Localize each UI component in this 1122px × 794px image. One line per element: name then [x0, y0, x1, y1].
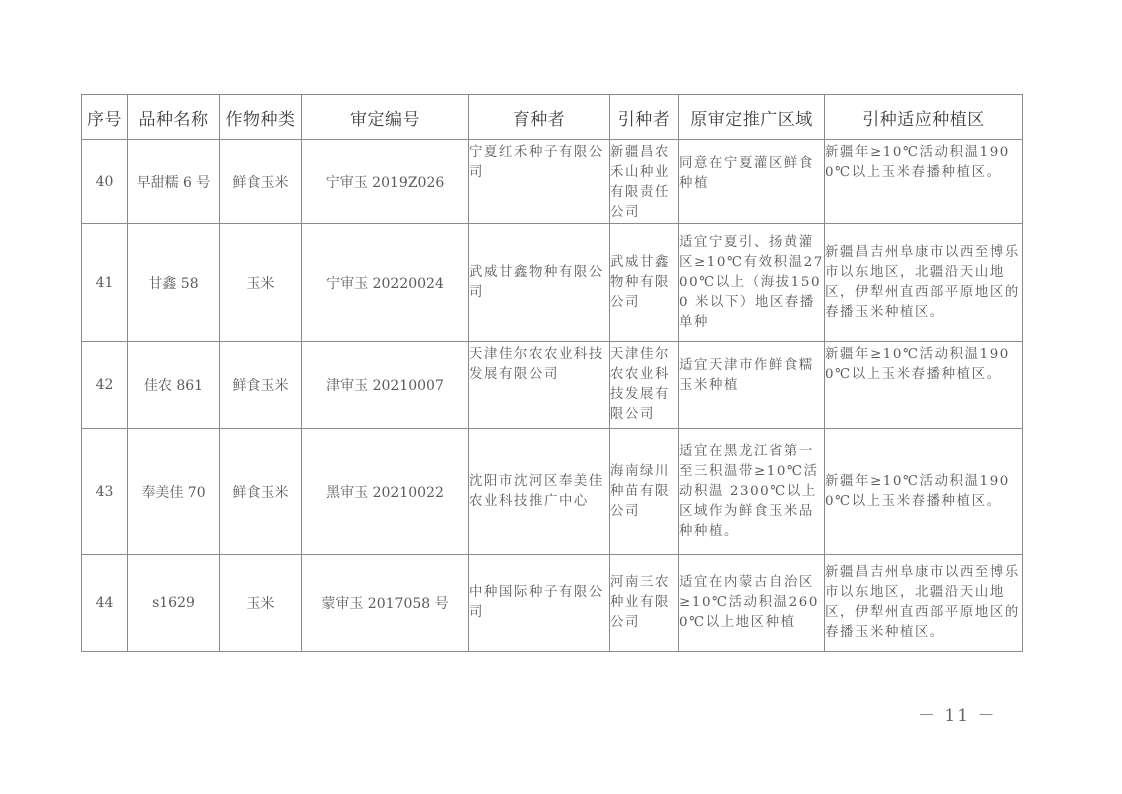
cell-variety-name: 甘鑫 58	[128, 224, 220, 342]
table-header-row: 序号 品种名称 作物种类 审定编号 育种者 引种者 原审定推广区域 引种适应种植…	[82, 95, 1023, 140]
cell-approval-no: 津审玉 20210007	[302, 342, 469, 429]
cell-introducer: 武威甘鑫物种有限公司	[610, 224, 679, 342]
header-approval-no: 审定编号	[302, 95, 469, 140]
cell-original-region: 同意在宁夏灌区鲜食种植	[679, 140, 825, 224]
cell-adapted-region: 新疆昌吉州阜康市以西至博乐市以东地区，北疆沿天山地区，伊犁州直西部平原地区的春播…	[825, 555, 1023, 652]
cell-breeder: 天津佳尔农农业科技发展有限公司	[469, 342, 610, 429]
header-breeder: 育种者	[469, 95, 610, 140]
cell-approval-no: 宁审玉 20220024	[302, 224, 469, 342]
cell-crop-type: 玉米	[220, 555, 302, 652]
table-row: 40 早甜糯 6 号 鲜食玉米 宁审玉 2019Z026 宁夏红禾种子有限公司 …	[82, 140, 1023, 224]
cell-introducer: 新疆昌农禾山种业有限责任公司	[610, 140, 679, 224]
cell-original-region: 适宜天津市作鲜食糯玉米种植	[679, 342, 825, 429]
header-original-region: 原审定推广区域	[679, 95, 825, 140]
cell-crop-type: 鲜食玉米	[220, 429, 302, 555]
cell-crop-type: 鲜食玉米	[220, 342, 302, 429]
cell-adapted-region: 新疆年≥10℃活动积温1900℃以上玉米春播种植区。	[825, 140, 1023, 224]
cell-introducer: 天津佳尔农农业科技发展有限公司	[610, 342, 679, 429]
header-crop-type: 作物种类	[220, 95, 302, 140]
cell-variety-name: 佳农 861	[128, 342, 220, 429]
cell-introducer: 河南三农种业有限公司	[610, 555, 679, 652]
cell-introducer: 海南绿川种苗有限公司	[610, 429, 679, 555]
header-adapted-region: 引种适应种植区	[825, 95, 1023, 140]
header-introducer: 引种者	[610, 95, 679, 140]
cell-serial-no: 40	[82, 140, 128, 224]
cell-breeder: 中种国际种子有限公司	[469, 555, 610, 652]
table-row: 44 s1629 玉米 蒙审玉 2017058 号 中种国际种子有限公司 河南三…	[82, 555, 1023, 652]
cell-adapted-region: 新疆年≥10℃活动积温1900℃以上玉米春播种植区。	[825, 429, 1023, 555]
document-page: 序号 品种名称 作物种类 审定编号 育种者 引种者 原审定推广区域 引种适应种植…	[0, 0, 1122, 794]
page-number: － 11 －	[918, 701, 996, 726]
cell-approval-no: 黑审玉 20210022	[302, 429, 469, 555]
cell-variety-name: 早甜糯 6 号	[128, 140, 220, 224]
cell-original-region: 适宜宁夏引、扬黄灌区≥10℃有效积温2700℃以上（海拔1500 米以下）地区春…	[679, 224, 825, 342]
header-variety-name: 品种名称	[128, 95, 220, 140]
table-row: 41 甘鑫 58 玉米 宁审玉 20220024 武威甘鑫物种有限公司 武威甘鑫…	[82, 224, 1023, 342]
cell-serial-no: 43	[82, 429, 128, 555]
cell-serial-no: 41	[82, 224, 128, 342]
cell-original-region: 适宜在黑龙江省第一至三积温带≥10℃活动积温 2300℃以上区域作为鲜食玉米品种…	[679, 429, 825, 555]
cell-variety-name: s1629	[128, 555, 220, 652]
cell-approval-no: 蒙审玉 2017058 号	[302, 555, 469, 652]
table-row: 43 奉美佳 70 鲜食玉米 黑审玉 20210022 沈阳市沈河区奉美佳农业科…	[82, 429, 1023, 555]
cell-breeder: 宁夏红禾种子有限公司	[469, 140, 610, 224]
cell-original-region: 适宜在内蒙古自治区≥10℃活动积温2600℃以上地区种植	[679, 555, 825, 652]
cell-adapted-region: 新疆昌吉州阜康市以西至博乐市以东地区，北疆沿天山地区，伊犁州直西部平原地区的春播…	[825, 224, 1023, 342]
header-serial-no: 序号	[82, 95, 128, 140]
cell-approval-no: 宁审玉 2019Z026	[302, 140, 469, 224]
cell-serial-no: 42	[82, 342, 128, 429]
cell-adapted-region: 新疆年≥10℃活动积温1900℃以上玉米春播种植区。	[825, 342, 1023, 429]
cell-breeder: 沈阳市沈河区奉美佳农业科技推广中心	[469, 429, 610, 555]
cell-crop-type: 玉米	[220, 224, 302, 342]
cell-serial-no: 44	[82, 555, 128, 652]
cell-variety-name: 奉美佳 70	[128, 429, 220, 555]
table-row: 42 佳农 861 鲜食玉米 津审玉 20210007 天津佳尔农农业科技发展有…	[82, 342, 1023, 429]
cell-breeder: 武威甘鑫物种有限公司	[469, 224, 610, 342]
variety-introduction-table: 序号 品种名称 作物种类 审定编号 育种者 引种者 原审定推广区域 引种适应种植…	[81, 94, 1023, 652]
cell-crop-type: 鲜食玉米	[220, 140, 302, 224]
